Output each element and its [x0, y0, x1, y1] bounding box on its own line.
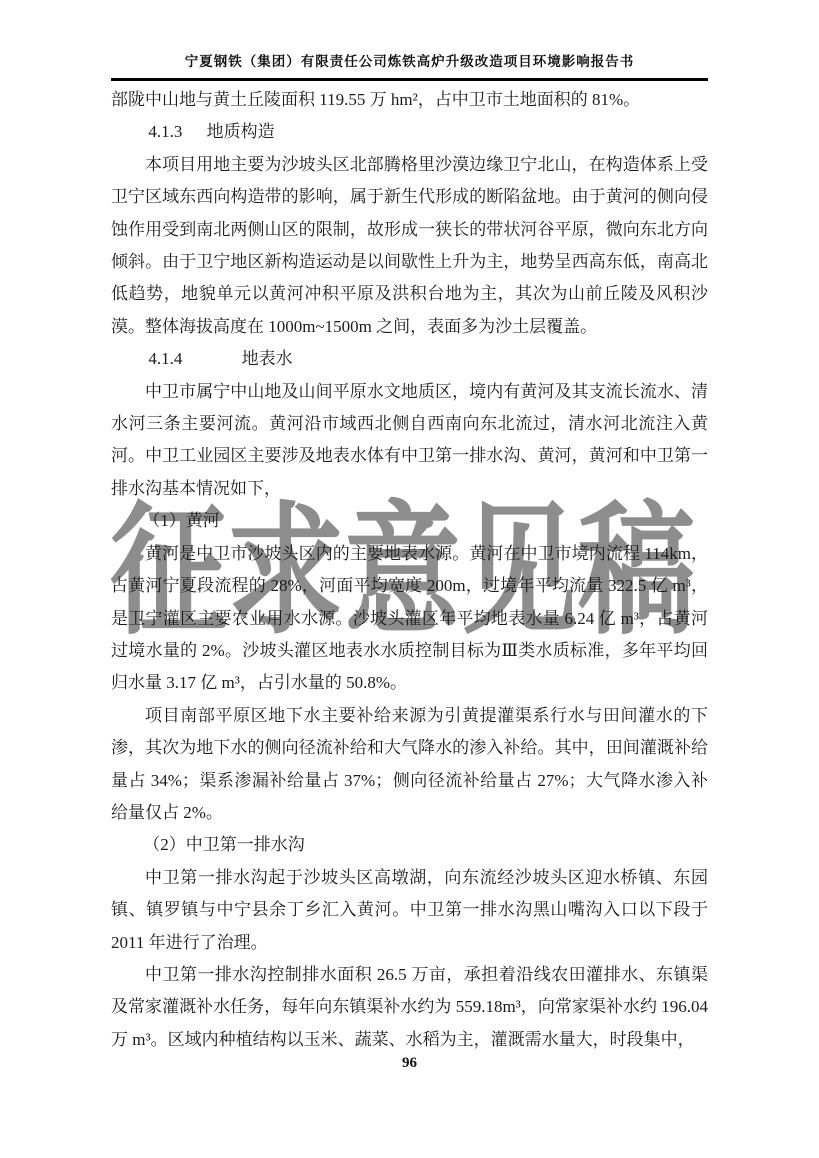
- section-number: 4.1.4: [148, 343, 182, 375]
- section-heading-4-1-4: 4.1.4 地表水: [111, 343, 708, 375]
- paragraph-geology: 本项目用地主要为沙坡头区北部腾格里沙漠边缘卫宁北山，在构造体系上受卫宁区域东西向…: [111, 149, 708, 343]
- section-number: 4.1.3: [148, 116, 182, 148]
- running-header-title: 宁夏钢铁（集团）有限责任公司炼铁高炉升级改造项目环境影响报告书: [111, 50, 708, 81]
- subheading-yellow-river: （1）黄河: [111, 505, 708, 537]
- page-number: 96: [0, 1055, 819, 1072]
- section-heading-4-1-3: 4.1.3 地质构造: [111, 116, 708, 148]
- paragraph-surface-water-intro: 中卫市属宁中山地及山间平原水文地质区，境内有黄河及其支流长流水、清水河三条主要河…: [111, 376, 708, 506]
- paragraph-continuation: 部陇中山地与黄土丘陵面积 119.55 万 hm²，占中卫市土地面积的 81%。: [111, 84, 708, 116]
- section-title: 地表水: [242, 343, 293, 375]
- section-title: 地质构造: [207, 116, 275, 148]
- subheading-first-drainage-ditch: （2）中卫第一排水沟: [111, 829, 708, 861]
- paragraph-yellow-river: 黄河是中卫市沙坡头区内的主要地表水源。黄河在中卫市境内流程 114km，占黄河宁…: [111, 538, 708, 700]
- paragraph-drainage-ditch-area: 中卫第一排水沟控制排水面积 26.5 万亩，承担着沿线农田灌排水、东镇渠及常家灌…: [111, 959, 708, 1056]
- document-body: 部陇中山地与黄土丘陵面积 119.55 万 hm²，占中卫市土地面积的 81%。…: [111, 84, 708, 1056]
- paragraph-groundwater-recharge: 项目南部平原区地下水主要补给来源为引黄提灌渠系行水与田间灌水的下渗，其次为地下水…: [111, 700, 708, 830]
- paragraph-drainage-ditch-course: 中卫第一排水沟起于沙坡头区高墩湖，向东流经沙坡头区迎水桥镇、东园镇、镇罗镇与中宁…: [111, 862, 708, 959]
- document-page: 宁夏钢铁（集团）有限责任公司炼铁高炉升级改造项目环境影响报告书 征求意见稿 部陇…: [0, 0, 819, 1158]
